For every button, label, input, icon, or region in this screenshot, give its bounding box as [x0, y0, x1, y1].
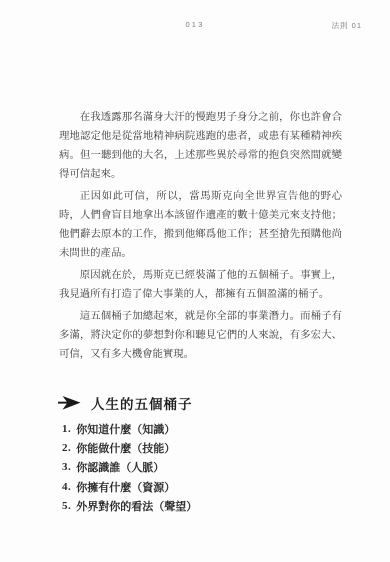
- list-item-2: 2. 你能做什麼（技能）: [62, 438, 350, 457]
- bucket-list: 1. 你知道什麼（知識） 2. 你能做什麼（技能） 3. 你認識誰（人脈） 4.…: [62, 419, 350, 516]
- list-text: 你知道什麼（知識）: [76, 421, 175, 437]
- list-item-1: 1. 你知道什麼（知識）: [62, 419, 350, 438]
- paragraph-1: 在我透露那名滿身大汗的慢跑男子身分之前，你也許會合理地認定他是從當地精神病院逃跑…: [59, 108, 342, 184]
- list-number: 1.: [62, 423, 71, 435]
- section-heading: 人生的五個桶子: [58, 393, 193, 413]
- list-number: 3.: [62, 461, 71, 473]
- list-text: 外界對你的看法（聲望）: [76, 498, 197, 514]
- paper-plane-icon: [58, 395, 81, 411]
- paragraph-3: 原因就在於，馬斯克已經裝滿了他的五個桶子。事實上，我見過所有打造了偉大事業的人，…: [59, 266, 342, 304]
- body-text: 在我透露那名滿身大汗的慢跑男子身分之前，你也許會合理地認定他是從當地精神病院逃跑…: [59, 108, 342, 364]
- chapter-label: 法則 01: [332, 20, 362, 31]
- list-number: 5.: [62, 500, 71, 512]
- list-text: 你能做什麼（技能）: [76, 440, 175, 456]
- list-text: 你認識誰（人脈）: [76, 459, 164, 475]
- section-title: 人生的五個桶子: [91, 393, 193, 413]
- list-item-3: 3. 你認識誰（人脈）: [62, 458, 350, 477]
- paragraph-2: 正因如此可信，所以，當馬斯克向全世界宣告他的野心時，人們會盲目地拿出本該留作遺產…: [59, 187, 342, 263]
- paragraph-4: 這五個桶子加總起來，就是你全部的事業潛力。而桶子有多滿，將決定你的夢想對你和聽見…: [59, 307, 342, 364]
- list-number: 2.: [62, 442, 71, 454]
- list-text: 你擁有什麼（資源）: [76, 479, 175, 495]
- list-number: 4.: [62, 481, 71, 493]
- book-page: 013 法則 01 在我透露那名滿身大汗的慢跑男子身分之前，你也許會合理地認定他…: [0, 0, 390, 562]
- running-header: 013 法則 01: [0, 20, 390, 32]
- list-item-5: 5. 外界對你的看法（聲望）: [62, 497, 350, 516]
- list-item-4: 4. 你擁有什麼（資源）: [62, 477, 350, 496]
